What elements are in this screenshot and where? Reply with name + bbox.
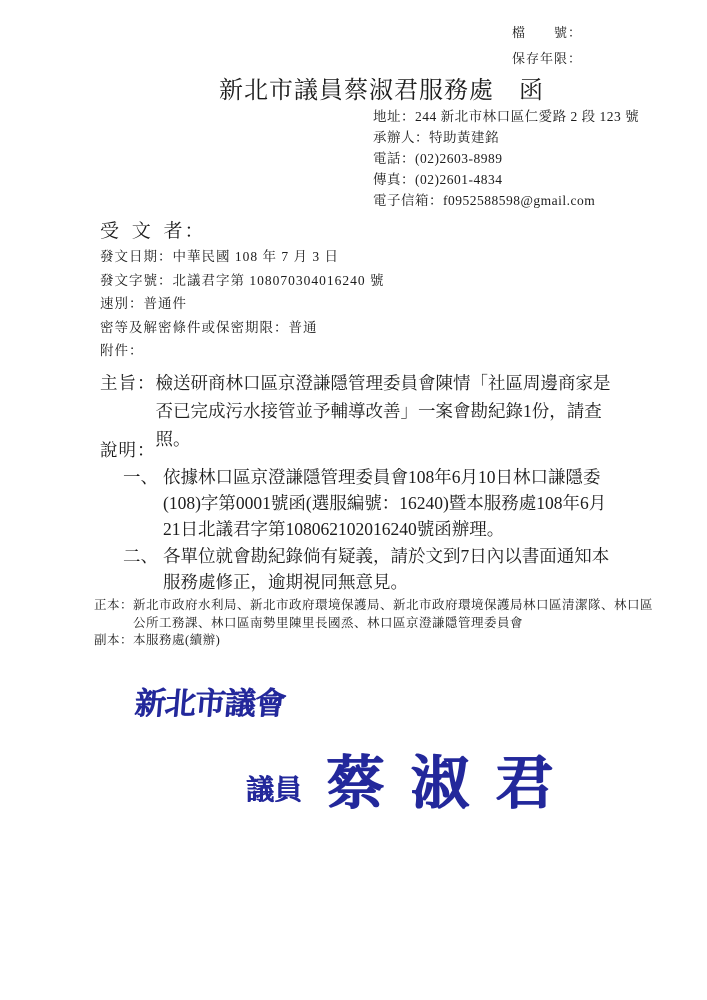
copy-label: 副本： (94, 632, 133, 650)
original-recipients: 新北市政府水利局、新北市政府環境保護局、新北市政府環境保護局林口區清潔隊、林口區… (133, 597, 660, 632)
issue-date-line: 發文日期：中華民國 108 年 7 月 3 日 (100, 245, 385, 269)
item-number: 一、 (123, 464, 163, 542)
item-text: 各單位就會勘紀錄倘有疑義，請於文到7日內以書面通知本服務處修正，逾期視同無意見。 (163, 543, 620, 595)
attachment-line: 附件： (100, 339, 385, 363)
sender-fax-line: 傳真：(02)2601-4834 (373, 169, 639, 190)
description-item-1: 一、 依據林口區京澄謙隱管理委員會108年6月10日林口謙隱委(108)字第00… (123, 464, 620, 542)
description-item-2: 二、 各單位就會勘紀錄倘有疑義，請於文到7日內以書面通知本服務處修正，逾期視同無… (123, 543, 620, 595)
security-class-line: 密等及解密條件或保密期限：普通 (100, 316, 385, 340)
item-number: 二、 (123, 543, 163, 595)
distribution-block: 正本： 新北市政府水利局、新北市政府環境保護局、新北市政府環境保護局林口區清潔隊… (94, 597, 660, 650)
original-recipients-row: 正本： 新北市政府水利局、新北市政府環境保護局、新北市政府環境保護局林口區清潔隊… (94, 597, 660, 632)
speed-class-line: 速別：普通件 (100, 292, 385, 316)
signature-councilor-name: 蔡 淑 君 (326, 736, 553, 820)
sender-contact-block: 地址：244 新北市林口區仁愛路 2 段 123 號 承辦人：特助黃建銘 電話：… (373, 106, 639, 211)
recipient-label: 受 文 者： (100, 216, 206, 243)
signature-role: 議員 (246, 768, 302, 808)
sender-address-line: 地址：244 新北市林口區仁愛路 2 段 123 號 (373, 106, 639, 127)
original-label: 正本： (94, 597, 133, 632)
sender-contact-person-line: 承辦人：特助黃建銘 (373, 127, 639, 148)
issue-number-line: 發文字號：北議君字第 108070304016240 號 (100, 269, 385, 293)
description-block: 說明： 一、 依據林口區京澄謙隱管理委員會108年6月10日林口謙隱委(108)… (100, 437, 620, 595)
description-label: 說明： (100, 437, 620, 463)
item-text: 依據林口區京澄謙隱管理委員會108年6月10日林口謙隱委(108)字第0001號… (163, 464, 620, 542)
document-page: 檔 號： 保存年限： 新北市議員蔡淑君服務處 函 地址：244 新北市林口區仁愛… (0, 0, 707, 1000)
copy-recipients: 本服務處(續辦) (133, 632, 660, 650)
copy-recipients-row: 副本： 本服務處(續辦) (94, 632, 660, 650)
document-meta-block: 發文日期：中華民國 108 年 7 月 3 日 發文字號：北議君字第 10807… (100, 245, 385, 363)
file-number-label: 檔 號： (512, 20, 582, 46)
retention-period-label: 保存年限： (512, 46, 582, 72)
signature-council-name: 新北市議會 (133, 678, 287, 723)
document-title: 新北市議員蔡淑君服務處 函 (0, 70, 707, 105)
sender-phone-line: 電話：(02)2603-8989 (373, 148, 639, 169)
sender-email-line: 電子信箱：f0952588598@gmail.com (373, 190, 639, 211)
file-number-block: 檔 號： 保存年限： (512, 20, 582, 72)
